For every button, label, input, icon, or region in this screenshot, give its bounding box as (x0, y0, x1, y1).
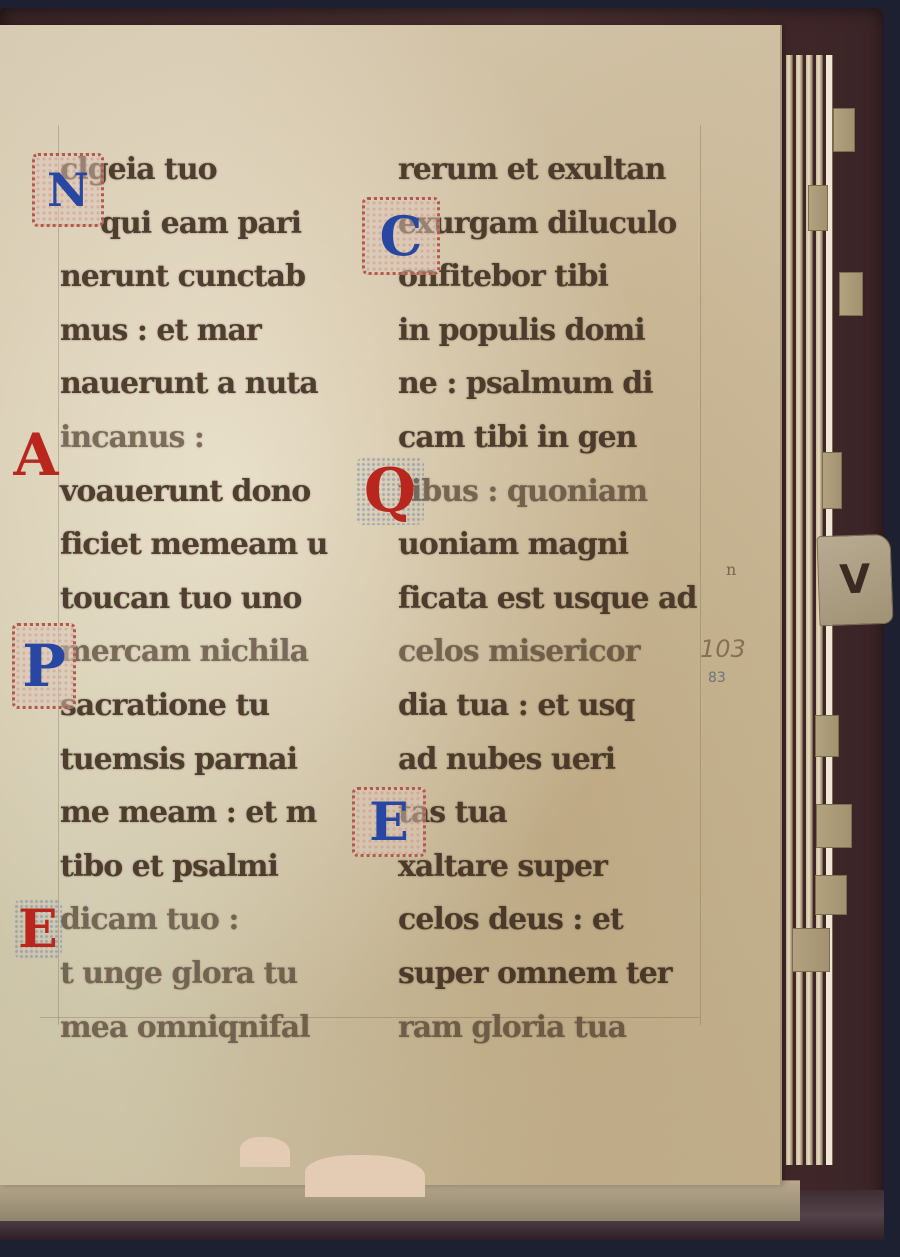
ruling-line (58, 125, 59, 1025)
text-line: ficiet memeam u (60, 518, 350, 572)
text-line: ne : psalmum di (398, 357, 698, 411)
text-line: xaltare super (398, 840, 698, 894)
text-column-right: rerum et exultan exurgam diluculo onfite… (398, 143, 698, 1054)
fore-edge-tab[interactable] (815, 715, 839, 757)
text-line: toucan tuo uno (60, 572, 350, 626)
fore-edge-tab[interactable] (839, 272, 863, 316)
leaf-edge (786, 55, 793, 1165)
text-line: ad nubes ueri (398, 733, 698, 787)
text-line: tibo et psalmi (60, 840, 350, 894)
text-line: dicam tuo : (60, 893, 350, 947)
text-line: ficata est usque ad (398, 572, 698, 626)
text-line: ram gloria tua (398, 1001, 698, 1055)
text-line: tuemsis parnai (60, 733, 350, 787)
text-line: celos misericor (398, 625, 698, 679)
text-line: cam tibi in gen (398, 411, 698, 465)
folio-sub-number: 83 (708, 670, 726, 686)
fore-edge-tab[interactable] (808, 185, 828, 231)
decorated-initial: C (362, 197, 440, 275)
fore-edge-tab-labeled[interactable]: V (816, 534, 893, 627)
text-column-left: clgeia tuo qui eam pari nerunt cunctab m… (60, 143, 350, 1054)
text-line: dia tua : et usq (398, 679, 698, 733)
text-line: onfitebor tibi (398, 250, 698, 304)
text-line: me meam : et m (60, 786, 350, 840)
decorated-initial: E (352, 787, 426, 857)
text-line: mea omniqnifal (60, 1001, 350, 1055)
parchment-loss (305, 1155, 425, 1197)
text-line: tas tua (398, 786, 698, 840)
folio-number: 103 (700, 635, 746, 663)
decorated-initial: N (32, 153, 104, 227)
margin-mark: n (726, 560, 736, 579)
text-line: mercam nichila (60, 625, 350, 679)
text-line: celos deus : et (398, 893, 698, 947)
text-line: sacratione tu (60, 679, 350, 733)
text-line: mus : et mar (60, 304, 350, 358)
page-stack: clgeia tuo qui eam pari nerunt cunctab m… (0, 25, 850, 1205)
fore-edge-tab[interactable] (792, 928, 830, 972)
fore-edge-tab[interactable] (815, 875, 847, 915)
decorated-initial: P (12, 623, 76, 709)
manuscript-leaf: clgeia tuo qui eam pari nerunt cunctab m… (0, 25, 782, 1185)
text-line: exurgam diluculo (398, 197, 698, 251)
decorated-initial: Q (356, 457, 424, 525)
text-line: super omnem ter (398, 947, 698, 1001)
decorated-initial: E (14, 899, 62, 959)
fore-edge-tab[interactable] (822, 452, 842, 509)
text-line: nauerunt a nuta (60, 357, 350, 411)
text-line: voauerunt dono (60, 465, 350, 519)
fore-edge-tab[interactable] (833, 108, 855, 152)
text-line: t unge glora tu (60, 947, 350, 1001)
text-line: incanus : (60, 411, 350, 465)
text-line: nerunt cunctab (60, 250, 350, 304)
text-line: uoniam magni (398, 518, 698, 572)
text-line: in populis domi (398, 304, 698, 358)
text-line: rerum et exultan (398, 143, 698, 197)
leaf-edge (796, 55, 803, 1165)
fore-edge-tab[interactable] (816, 804, 852, 848)
ruling-line (700, 125, 701, 1025)
decorated-initial: A (8, 425, 64, 485)
text-line: tibus : quoniam (398, 465, 698, 519)
parchment-loss (240, 1137, 290, 1167)
